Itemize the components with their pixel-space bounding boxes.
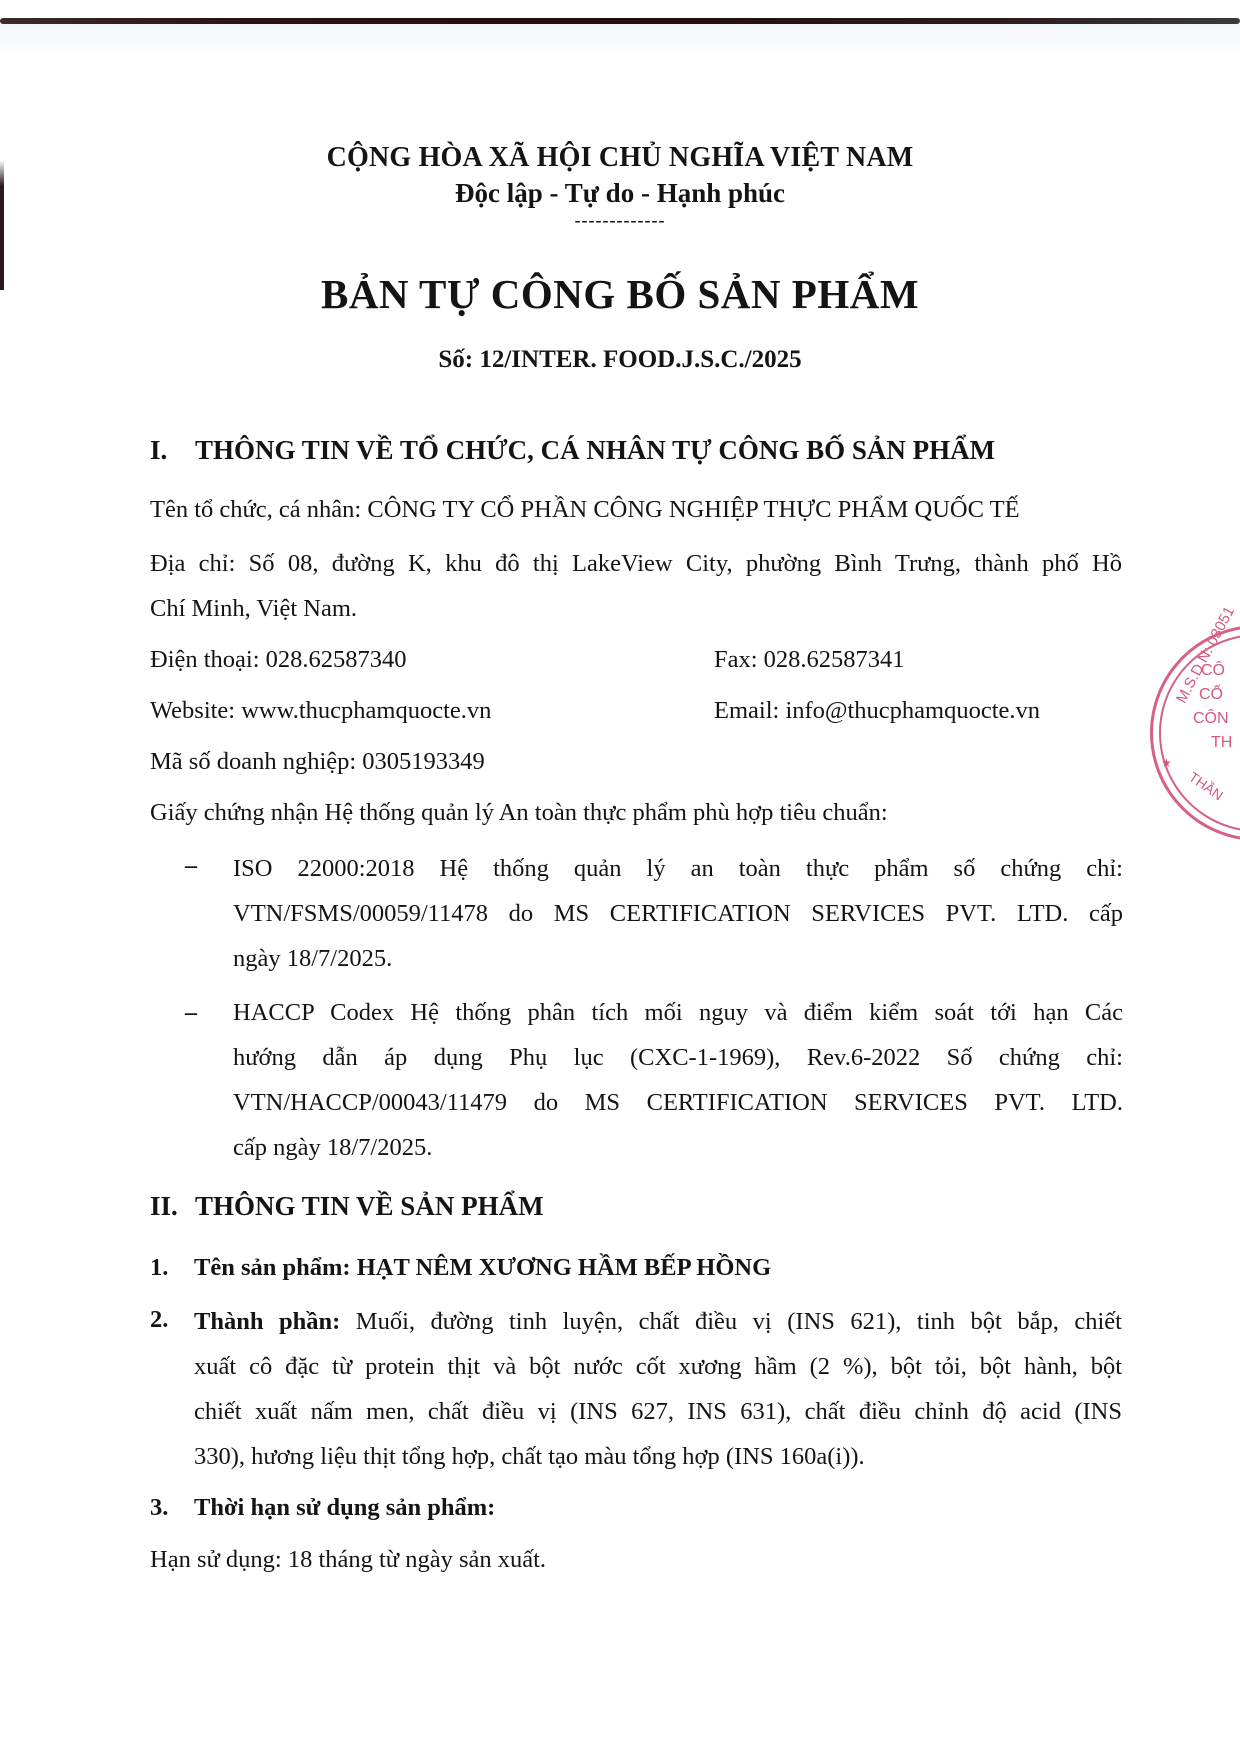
shelf-life-label: Thời hạn sử dụng sản phẩm: (194, 1494, 495, 1522)
organization-line: Tên tổ chức, cá nhân: CÔNG TY CỔ PHẦN CÔ… (150, 496, 1020, 524)
national-title: CỘNG HÒA XÃ HỘI CHỦ NGHĨA VIỆT NAM (0, 142, 1240, 174)
national-motto: Độc lập - Tự do - Hạnh phúc (0, 178, 1240, 209)
section-1-number: I. (150, 435, 195, 466)
bullet-dash: – (185, 1000, 197, 1027)
certificate-line: cấp ngày 18/7/2025. (233, 1125, 1123, 1170)
ingredients-line: chiết xuất nấm men, chất điều vị (INS 62… (194, 1389, 1122, 1434)
certificate-line: hướng dẫn áp dụng Phụ lục (CXC-1-1969), … (233, 1035, 1123, 1080)
product-name-line: Tên sản phẩm: HẠT NÊM XƯƠNG HẦM BẾP HỒNG (194, 1254, 771, 1282)
certificate-haccp: HACCP Codex Hệ thống phân tích mối nguy … (233, 990, 1123, 1170)
address-line: Chí Minh, Việt Nam. (150, 586, 1122, 631)
product-name-label: Tên sản phẩm: (194, 1254, 351, 1281)
stamp-inner-text: CÔ (1201, 662, 1225, 680)
section-1-heading: I.THÔNG TIN VỀ TỔ CHỨC, CÁ NHÂN TỰ CÔNG … (150, 435, 995, 466)
ingredients-line: xuất cô đặc từ protein thịt và bột nước … (194, 1344, 1122, 1389)
document-page: CỘNG HÒA XÃ HỘI CHỦ NGHĨA VIỆT NAM Độc l… (0, 0, 1240, 1755)
item-1-number: 1. (150, 1254, 168, 1282)
address-block: Địa chỉ: Số 08, đường K, khu đô thị Lake… (150, 541, 1122, 631)
organization-value: CÔNG TY CỔ PHẦN CÔNG NGHIỆP THỰC PHẨM QU… (367, 496, 1019, 523)
certificate-line: VTN/HACCP/00043/11479 do MS CERTIFICATIO… (233, 1080, 1123, 1125)
email-link[interactable]: Email: info@thucphamquocte.vn (714, 697, 1040, 725)
ingredients-label: Thành phần: (194, 1308, 340, 1335)
certificate-iso: ISO 22000:2018 Hệ thống quản lý an toàn … (233, 846, 1123, 981)
document-number: Số: 12/INTER. FOOD.J.S.C./2025 (0, 346, 1240, 374)
company-seal-stamp: M.S.D.N: 03051 CÔ CỔ CÔN TH THẦN ★ (1150, 625, 1240, 841)
organization-label: Tên tổ chức, cá nhân: (150, 496, 361, 523)
bullet-dash: – (185, 853, 197, 880)
document-title: BẢN TỰ CÔNG BỐ SẢN PHẨM (0, 270, 1240, 318)
ingredients-block: Thành phần: Muối, đường tinh luyện, chất… (194, 1299, 1122, 1479)
stamp-inner-text: TH (1211, 734, 1232, 752)
certificate-line: ISO 22000:2018 Hệ thống quản lý an toàn … (233, 846, 1123, 891)
stamp-inner-text: CÔN (1193, 710, 1229, 728)
business-code: Mã số doanh nghiệp: 0305193349 (150, 748, 485, 776)
website-link[interactable]: Website: www.thucphamquocte.vn (150, 697, 491, 725)
shelf-life-value: Hạn sử dụng: 18 tháng từ ngày sản xuất. (150, 1546, 546, 1574)
item-3-number: 3. (150, 1494, 168, 1522)
stamp-star-icon: ★ (1161, 756, 1172, 770)
section-2-number: II. (150, 1191, 195, 1222)
certificate-line: VTN/FSMS/00059/11478 do MS CERTIFICATION… (233, 891, 1123, 936)
ingredients-line: 330), hương liệu thịt tổng hợp, chất tạo… (194, 1434, 1122, 1479)
ingredients-line: Thành phần: Muối, đường tinh luyện, chất… (194, 1299, 1122, 1344)
ingredients-text: Muối, đường tinh luyện, chất điều vị (IN… (356, 1308, 1122, 1335)
section-1-title: THÔNG TIN VỀ TỔ CHỨC, CÁ NHÂN TỰ CÔNG BỐ… (195, 435, 995, 465)
certificate-line: HACCP Codex Hệ thống phân tích mối nguy … (233, 990, 1123, 1035)
header-separator: ------------- (0, 210, 1240, 231)
product-name-value: HẠT NÊM XƯƠNG HẦM BẾP HỒNG (357, 1254, 771, 1281)
stamp-inner-text: CỔ (1199, 686, 1223, 704)
cert-intro: Giấy chứng nhận Hệ thống quản lý An toàn… (150, 799, 888, 827)
item-2-number: 2. (150, 1306, 168, 1334)
phone: Điện thoại: 028.62587340 (150, 646, 407, 674)
section-2-heading: II.THÔNG TIN VỀ SẢN PHẨM (150, 1191, 544, 1222)
stamp-bottom-text: THẦN (1186, 769, 1226, 804)
certificate-line: ngày 18/7/2025. (233, 936, 1123, 981)
section-2-title: THÔNG TIN VỀ SẢN PHẨM (195, 1191, 544, 1221)
address-line: Địa chỉ: Số 08, đường K, khu đô thị Lake… (150, 541, 1122, 586)
fax: Fax: 028.62587341 (714, 646, 905, 674)
